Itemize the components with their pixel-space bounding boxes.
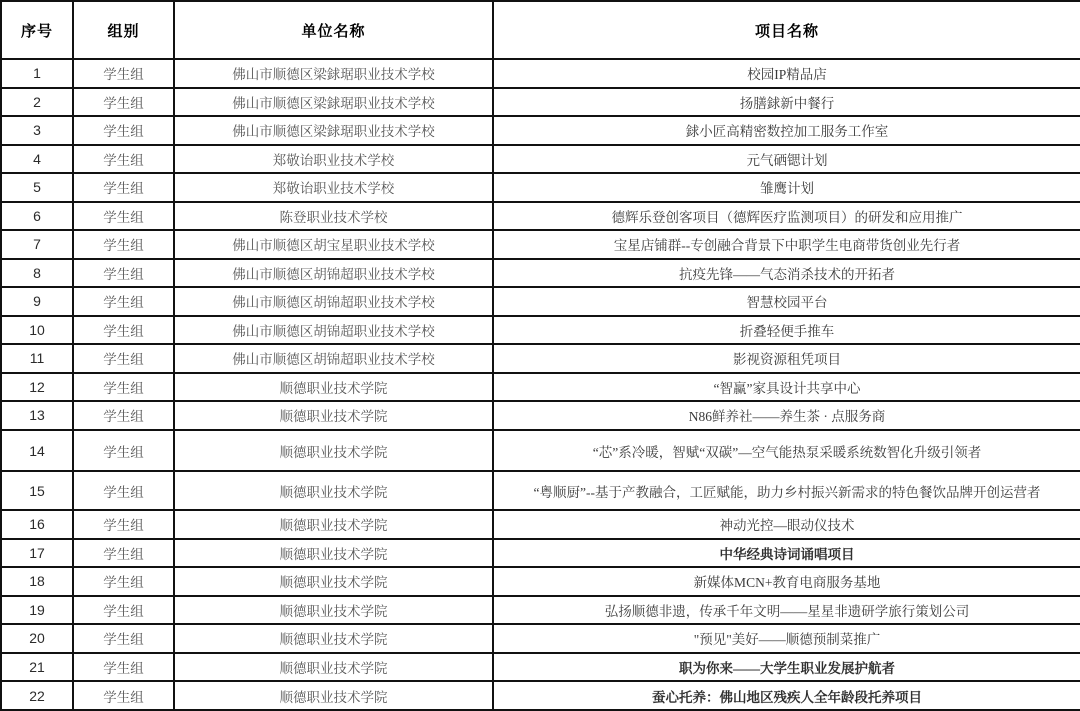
row-number-cell: 8 <box>1 259 73 288</box>
row-number-cell: 7 <box>1 230 73 259</box>
row-number-cell: 20 <box>1 624 73 653</box>
table-row: 9 学生组 佛山市顺德区胡锦超职业技术学校 智慧校园平台 <box>1 287 1080 316</box>
table-row: 19 学生组 顺德职业技术学院 弘扬顺德非遗，传承千年文明——星星非遗研学旅行策… <box>1 596 1080 625</box>
table-row: 21 学生组 顺德职业技术学院 职为你来——大学生职业发展护航者 <box>1 653 1080 682</box>
group-cell: 学生组 <box>73 145 174 174</box>
project-name-cell: 扬膳銶新中餐行 <box>493 88 1080 117</box>
project-name-cell: 元气硒锶计划 <box>493 145 1080 174</box>
row-number-cell: 11 <box>1 344 73 373</box>
row-number-cell: 18 <box>1 567 73 596</box>
row-number-cell: 17 <box>1 539 73 568</box>
table-row: 3 学生组 佛山市顺德区梁銶琚职业技术学校 銶小匠高精密数控加工服务工作室 <box>1 116 1080 145</box>
group-cell: 学生组 <box>73 287 174 316</box>
column-header-no: 序号 <box>1 1 73 59</box>
table-row: 12 学生组 顺德职业技术学院 “智赢”家具设计共享中心 <box>1 373 1080 402</box>
org-name-cell: 顺德职业技术学院 <box>174 653 493 682</box>
org-name-cell: 顺德职业技术学院 <box>174 567 493 596</box>
group-cell: 学生组 <box>73 471 174 510</box>
row-number-cell: 13 <box>1 401 73 430</box>
project-name-cell: "预见"美好——顺德预制菜推广 <box>493 624 1080 653</box>
group-cell: 学生组 <box>73 173 174 202</box>
row-number-cell: 12 <box>1 373 73 402</box>
group-cell: 学生组 <box>73 430 174 472</box>
project-name-cell: N86鲜养社——养生茶 · 点服务商 <box>493 401 1080 430</box>
table-row: 10 学生组 佛山市顺德区胡锦超职业技术学校 折叠轻便手推车 <box>1 316 1080 345</box>
project-name-cell: 抗疫先锋——气态消杀技术的开拓者 <box>493 259 1080 288</box>
project-name-cell: 新媒体MCN+教育电商服务基地 <box>493 567 1080 596</box>
row-number-cell: 21 <box>1 653 73 682</box>
project-name-cell: “智赢”家具设计共享中心 <box>493 373 1080 402</box>
table-row: 17 学生组 顺德职业技术学院 中华经典诗词诵唱项目 <box>1 539 1080 568</box>
table-row: 2 学生组 佛山市顺德区梁銶琚职业技术学校 扬膳銶新中餐行 <box>1 88 1080 117</box>
org-name-cell: 佛山市顺德区梁銶琚职业技术学校 <box>174 88 493 117</box>
table-row: 15 学生组 顺德职业技术学院 “粤顺厨”--基于产教融合，工匠赋能，助力乡村振… <box>1 471 1080 510</box>
group-cell: 学生组 <box>73 653 174 682</box>
project-name-cell: 神动光控—眼动仪技术 <box>493 510 1080 539</box>
project-name-cell: 折叠轻便手推车 <box>493 316 1080 345</box>
org-name-cell: 顺德职业技术学院 <box>174 539 493 568</box>
org-name-cell: 佛山市顺德区胡锦超职业技术学校 <box>174 259 493 288</box>
project-name-cell: 雏鹰计划 <box>493 173 1080 202</box>
project-name-cell: 中华经典诗词诵唱项目 <box>493 539 1080 568</box>
group-cell: 学生组 <box>73 624 174 653</box>
group-cell: 学生组 <box>73 88 174 117</box>
project-name-cell: 蚕心托养：佛山地区残疾人全年龄段托养项目 <box>493 681 1080 710</box>
group-cell: 学生组 <box>73 373 174 402</box>
table-row: 22 学生组 顺德职业技术学院 蚕心托养：佛山地区残疾人全年龄段托养项目 <box>1 681 1080 710</box>
org-name-cell: 顺德职业技术学院 <box>174 681 493 710</box>
group-cell: 学生组 <box>73 259 174 288</box>
org-name-cell: 顺德职业技术学院 <box>174 373 493 402</box>
project-name-cell: 校园IP精品店 <box>493 59 1080 88</box>
org-name-cell: 顺德职业技术学院 <box>174 401 493 430</box>
group-cell: 学生组 <box>73 116 174 145</box>
group-cell: 学生组 <box>73 681 174 710</box>
column-header-org: 单位名称 <box>174 1 493 59</box>
table-row: 6 学生组 陈登职业技术学校 德辉乐登创客项目（德辉医疗监测项目）的研发和应用推… <box>1 202 1080 231</box>
table-row: 18 学生组 顺德职业技术学院 新媒体MCN+教育电商服务基地 <box>1 567 1080 596</box>
org-name-cell: 顺德职业技术学院 <box>174 510 493 539</box>
group-cell: 学生组 <box>73 59 174 88</box>
group-cell: 学生组 <box>73 401 174 430</box>
row-number-cell: 15 <box>1 471 73 510</box>
row-number-cell: 14 <box>1 430 73 472</box>
project-name-cell: “粤顺厨”--基于产教融合，工匠赋能，助力乡村振兴新需求的特色餐饮品牌开创运营者 <box>493 471 1080 510</box>
table-body: 1 学生组 佛山市顺德区梁銶琚职业技术学校 校园IP精品店 2 学生组 佛山市顺… <box>1 59 1080 710</box>
project-name-cell: 宝星店铺群--专创融合背景下中职学生电商带货创业先行者 <box>493 230 1080 259</box>
project-name-cell: 弘扬顺德非遗，传承千年文明——星星非遗研学旅行策划公司 <box>493 596 1080 625</box>
project-name-cell: 智慧校园平台 <box>493 287 1080 316</box>
table-row: 4 学生组 郑敬诒职业技术学校 元气硒锶计划 <box>1 145 1080 174</box>
table-row: 1 学生组 佛山市顺德区梁銶琚职业技术学校 校园IP精品店 <box>1 59 1080 88</box>
org-name-cell: 佛山市顺德区胡锦超职业技术学校 <box>174 287 493 316</box>
column-header-group: 组别 <box>73 1 174 59</box>
row-number-cell: 19 <box>1 596 73 625</box>
org-name-cell: 郑敬诒职业技术学校 <box>174 145 493 174</box>
project-list-table: 序号 组别 单位名称 项目名称 1 学生组 佛山市顺德区梁銶琚职业技术学校 校园… <box>0 0 1080 711</box>
table-row: 20 学生组 顺德职业技术学院 "预见"美好——顺德预制菜推广 <box>1 624 1080 653</box>
table-row: 11 学生组 佛山市顺德区胡锦超职业技术学校 影视资源租凭项目 <box>1 344 1080 373</box>
group-cell: 学生组 <box>73 202 174 231</box>
group-cell: 学生组 <box>73 344 174 373</box>
org-name-cell: 顺德职业技术学院 <box>174 430 493 472</box>
org-name-cell: 佛山市顺德区梁銶琚职业技术学校 <box>174 59 493 88</box>
org-name-cell: 顺德职业技术学院 <box>174 624 493 653</box>
org-name-cell: 佛山市顺德区梁銶琚职业技术学校 <box>174 116 493 145</box>
row-number-cell: 3 <box>1 116 73 145</box>
row-number-cell: 4 <box>1 145 73 174</box>
org-name-cell: 郑敬诒职业技术学校 <box>174 173 493 202</box>
row-number-cell: 1 <box>1 59 73 88</box>
document-page: 序号 组别 单位名称 项目名称 1 学生组 佛山市顺德区梁銶琚职业技术学校 校园… <box>0 0 1080 711</box>
project-name-cell: 德辉乐登创客项目（德辉医疗监测项目）的研发和应用推广 <box>493 202 1080 231</box>
org-name-cell: 顺德职业技术学院 <box>174 596 493 625</box>
row-number-cell: 9 <box>1 287 73 316</box>
group-cell: 学生组 <box>73 510 174 539</box>
table-row: 14 学生组 顺德职业技术学院 “芯”系冷暖，智赋“双碳”—空气能热泵采暖系统数… <box>1 430 1080 472</box>
org-name-cell: 佛山市顺德区胡锦超职业技术学校 <box>174 316 493 345</box>
project-name-cell: 影视资源租凭项目 <box>493 344 1080 373</box>
project-name-cell: 銶小匠高精密数控加工服务工作室 <box>493 116 1080 145</box>
row-number-cell: 5 <box>1 173 73 202</box>
row-number-cell: 10 <box>1 316 73 345</box>
header-row: 序号 组别 单位名称 项目名称 <box>1 1 1080 59</box>
row-number-cell: 22 <box>1 681 73 710</box>
group-cell: 学生组 <box>73 230 174 259</box>
table-row: 13 学生组 顺德职业技术学院 N86鲜养社——养生茶 · 点服务商 <box>1 401 1080 430</box>
column-header-project: 项目名称 <box>493 1 1080 59</box>
table-row: 8 学生组 佛山市顺德区胡锦超职业技术学校 抗疫先锋——气态消杀技术的开拓者 <box>1 259 1080 288</box>
org-name-cell: 陈登职业技术学校 <box>174 202 493 231</box>
org-name-cell: 佛山市顺德区胡锦超职业技术学校 <box>174 344 493 373</box>
group-cell: 学生组 <box>73 539 174 568</box>
project-name-cell: 职为你来——大学生职业发展护航者 <box>493 653 1080 682</box>
table-row: 7 学生组 佛山市顺德区胡宝星职业技术学校 宝星店铺群--专创融合背景下中职学生… <box>1 230 1080 259</box>
group-cell: 学生组 <box>73 596 174 625</box>
group-cell: 学生组 <box>73 567 174 596</box>
table-row: 16 学生组 顺德职业技术学院 神动光控—眼动仪技术 <box>1 510 1080 539</box>
row-number-cell: 6 <box>1 202 73 231</box>
org-name-cell: 顺德职业技术学院 <box>174 471 493 510</box>
project-name-cell: “芯”系冷暖，智赋“双碳”—空气能热泵采暖系统数智化升级引领者 <box>493 430 1080 472</box>
row-number-cell: 16 <box>1 510 73 539</box>
row-number-cell: 2 <box>1 88 73 117</box>
group-cell: 学生组 <box>73 316 174 345</box>
table-row: 5 学生组 郑敬诒职业技术学校 雏鹰计划 <box>1 173 1080 202</box>
org-name-cell: 佛山市顺德区胡宝星职业技术学校 <box>174 230 493 259</box>
